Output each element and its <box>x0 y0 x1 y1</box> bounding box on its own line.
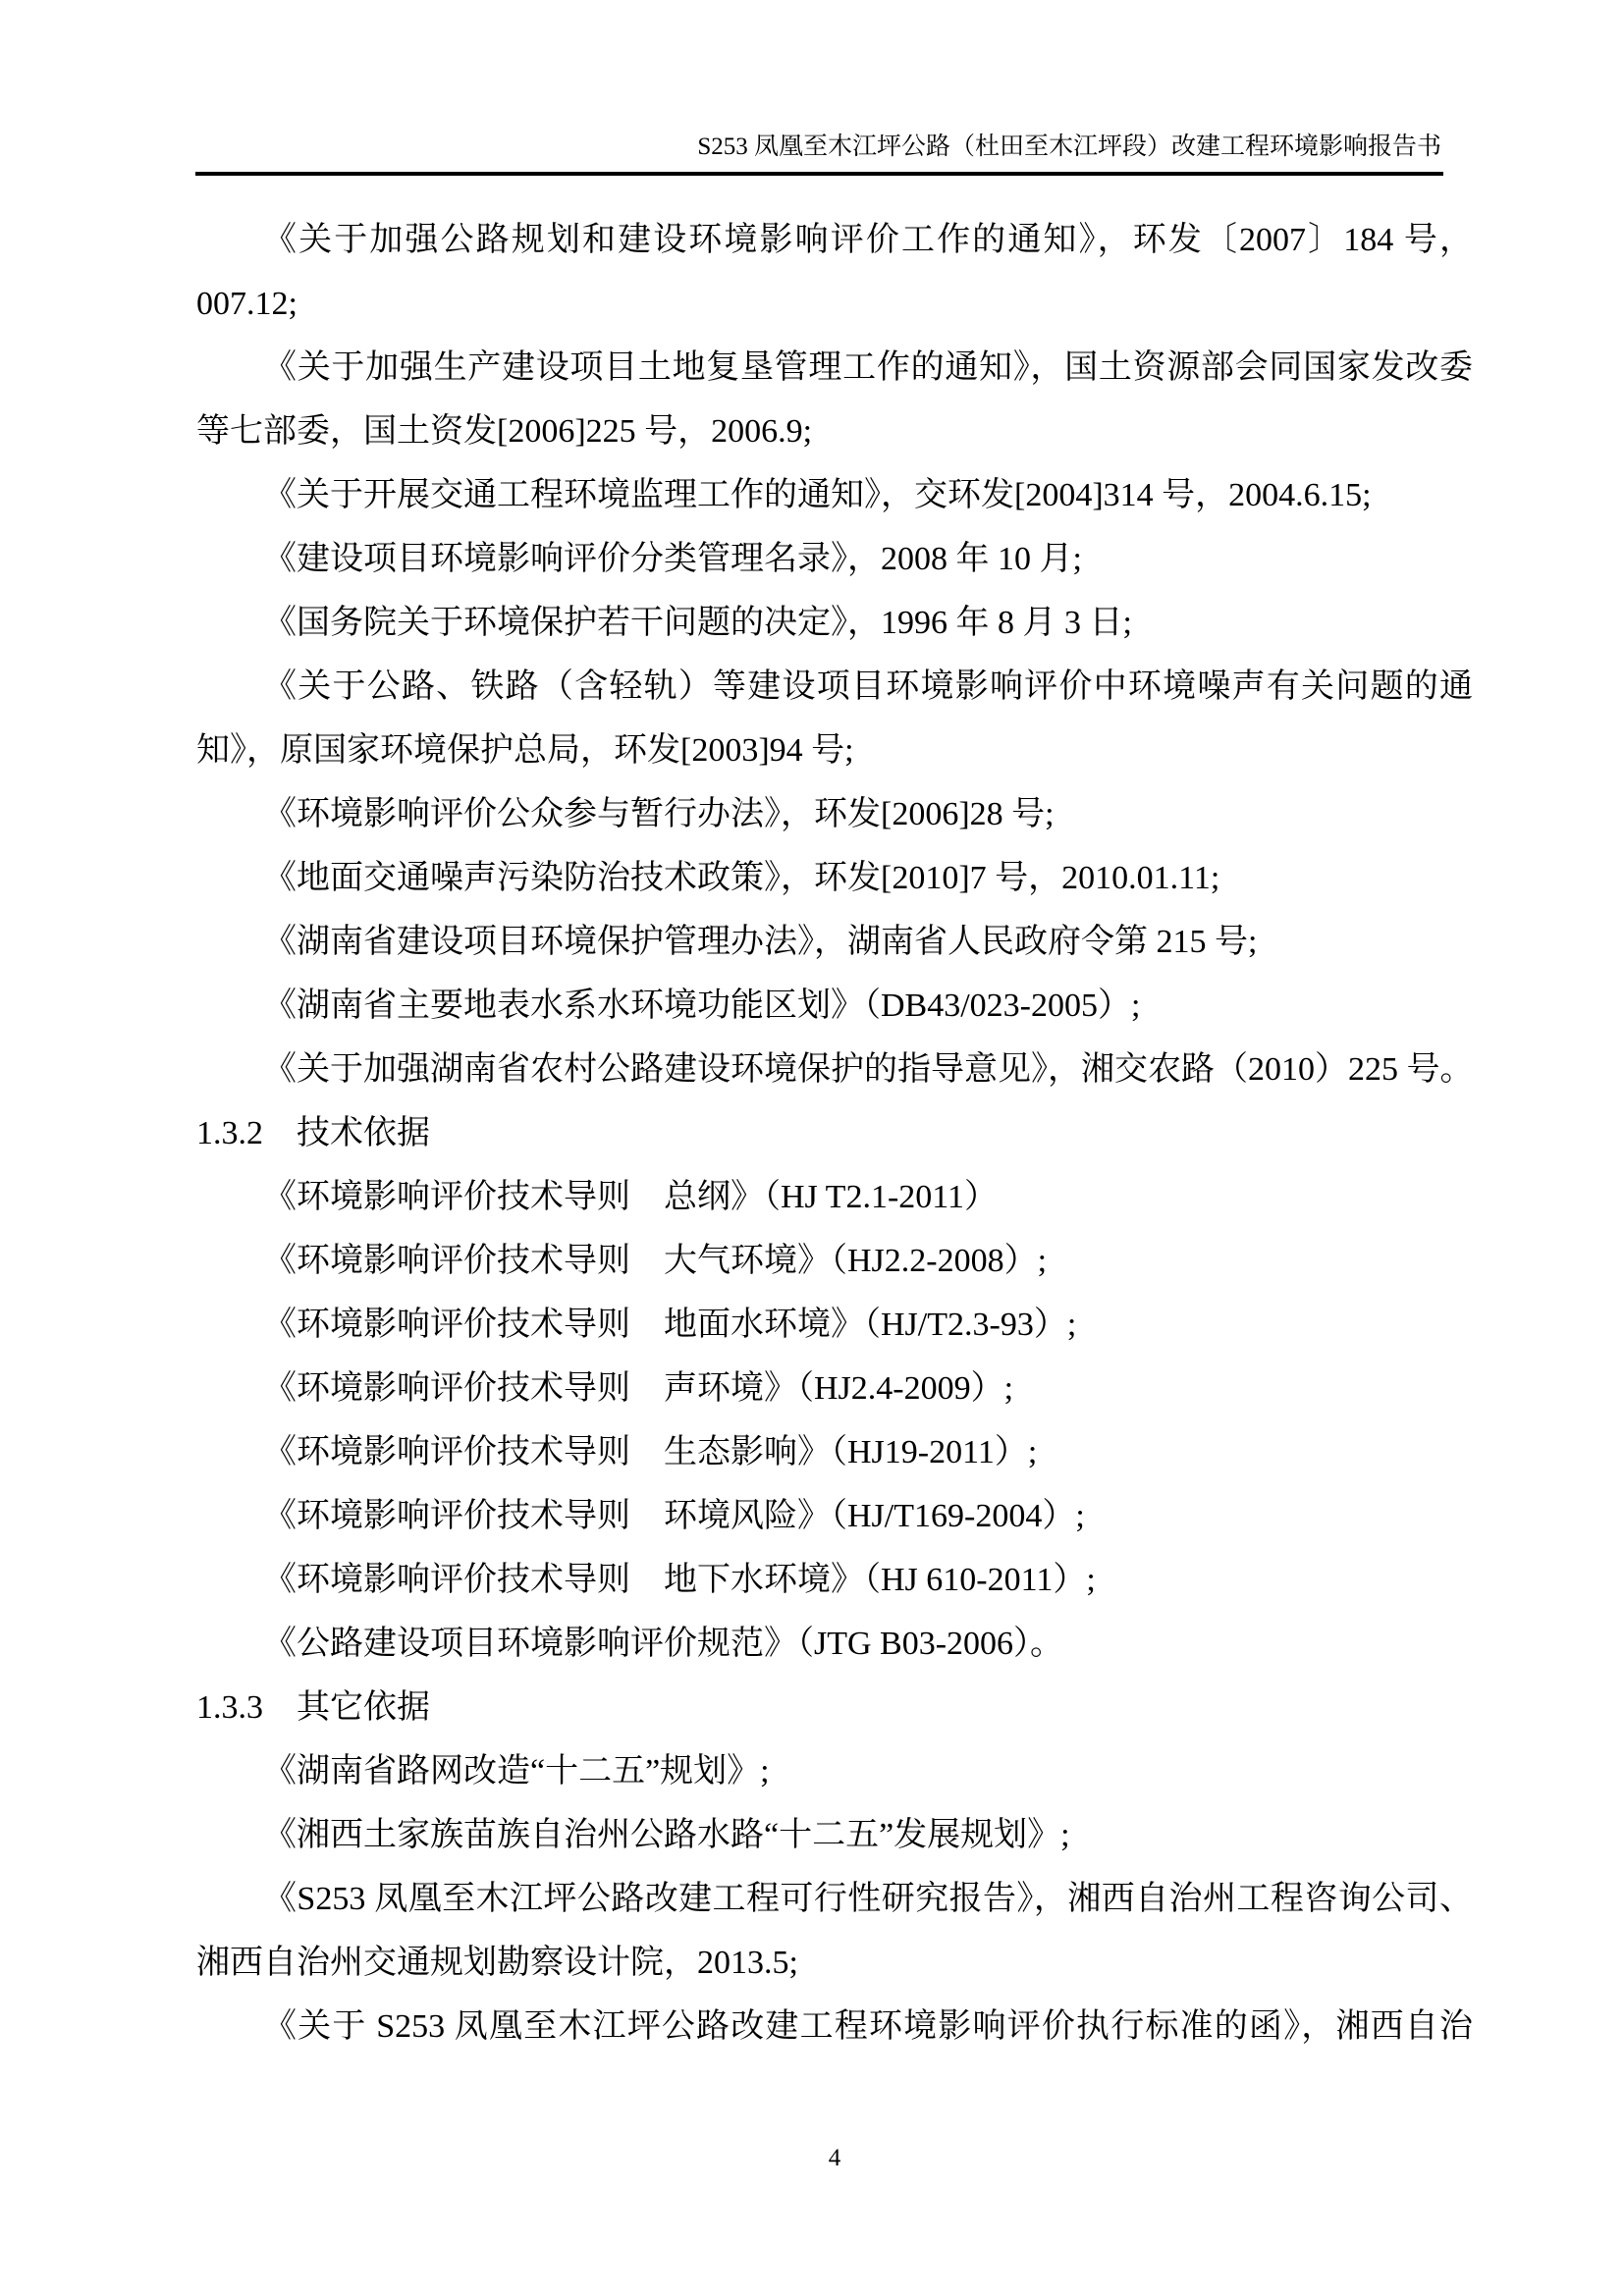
body-line: 《环境影响评价技术导则 地下水环境》（HJ 610-2011）; <box>196 1548 1473 1612</box>
body-line: 《S253 凤凰至木江坪公路改建工程可行性研究报告》，湘西自治州工程咨询公司、 <box>196 1867 1473 1931</box>
body-line: 《关于 S253 凤凰至木江坪公路改建工程环境影响评价执行标准的函》，湘西自治 <box>196 1995 1473 2058</box>
body-line: 《环境影响评价公众参与暂行办法》，环发[2006]28 号; <box>196 782 1473 846</box>
body-line: 《建设项目环境影响评价分类管理名录》，2008 年 10 月; <box>196 527 1473 591</box>
body-line: 《环境影响评价技术导则 大气环境》（HJ2.2-2008）; <box>196 1229 1473 1293</box>
body-line: 《关于开展交通工程环境监理工作的通知》，交环发[2004]314 号，2004.… <box>196 463 1473 527</box>
section-heading: 1.3.2 技术依据 <box>196 1101 1473 1165</box>
document-page: S253 凤凰至木江坪公路（杜田至木江坪段）改建工程环境影响报告书 《关于加强公… <box>0 0 1624 2296</box>
body-line: 《湖南省主要地表水系水环境功能区划》（DB43/023-2005）; <box>196 974 1473 1038</box>
body-line: 《环境影响评价技术导则 声环境》（HJ2.4-2009）; <box>196 1357 1473 1420</box>
body-line: 等七部委，国土资发[2006]225 号，2006.9; <box>196 400 1473 463</box>
body-line: 《关于公路、铁路（含轻轨）等建设项目环境影响评价中环境噪声有关问题的通 <box>196 655 1473 719</box>
body-line: 《公路建设项目环境影响评价规范》（JTG B03-2006）。 <box>196 1612 1473 1676</box>
body-line: 《环境影响评价技术导则 地面水环境》（HJ/T2.3-93）; <box>196 1293 1473 1357</box>
body-line: 007.12; <box>196 272 1473 336</box>
body-line: 《地面交通噪声污染防治技术政策》，环发[2010]7 号，2010.01.11; <box>196 846 1473 910</box>
page-header-title: S253 凤凰至木江坪公路（杜田至木江坪段）改建工程环境影响报告书 <box>697 131 1441 164</box>
header-rule <box>195 172 1443 176</box>
document-body: 《关于加强公路规划和建设环境影响评价工作的通知》，环发〔2007〕184 号，0… <box>196 208 1473 2058</box>
body-line: 《湖南省建设项目环境保护管理办法》，湖南省人民政府令第 215 号; <box>196 910 1473 974</box>
body-line: 《国务院关于环境保护若干问题的决定》，1996 年 8 月 3 日; <box>196 591 1473 655</box>
body-line: 《关于加强公路规划和建设环境影响评价工作的通知》，环发〔2007〕184 号， <box>196 208 1473 272</box>
body-line: 《关于加强湖南省农村公路建设环境保护的指导意见》，湘交农路（2010）225 号… <box>196 1038 1473 1101</box>
body-line: 《湖南省路网改造“十二五”规划》; <box>196 1739 1473 1803</box>
body-line: 《关于加强生产建设项目土地复垦管理工作的通知》，国土资源部会同国家发改委 <box>196 336 1473 400</box>
section-heading: 1.3.3 其它依据 <box>196 1676 1473 1739</box>
body-line: 湘西自治州交通规划勘察设计院，2013.5; <box>196 1931 1473 1995</box>
body-line: 《环境影响评价技术导则 生态影响》（HJ19-2011）; <box>196 1420 1473 1484</box>
body-line: 知》，原国家环境保护总局，环发[2003]94 号; <box>196 719 1473 782</box>
body-line: 《环境影响评价技术导则 环境风险》（HJ/T169-2004）; <box>196 1484 1473 1548</box>
body-line: 《湘西土家族苗族自治州公路水路“十二五”发展规划》; <box>196 1803 1473 1867</box>
body-line: 《环境影响评价技术导则 总纲》（HJ T2.1-2011） <box>196 1165 1473 1229</box>
page-number: 4 <box>196 2142 1473 2175</box>
